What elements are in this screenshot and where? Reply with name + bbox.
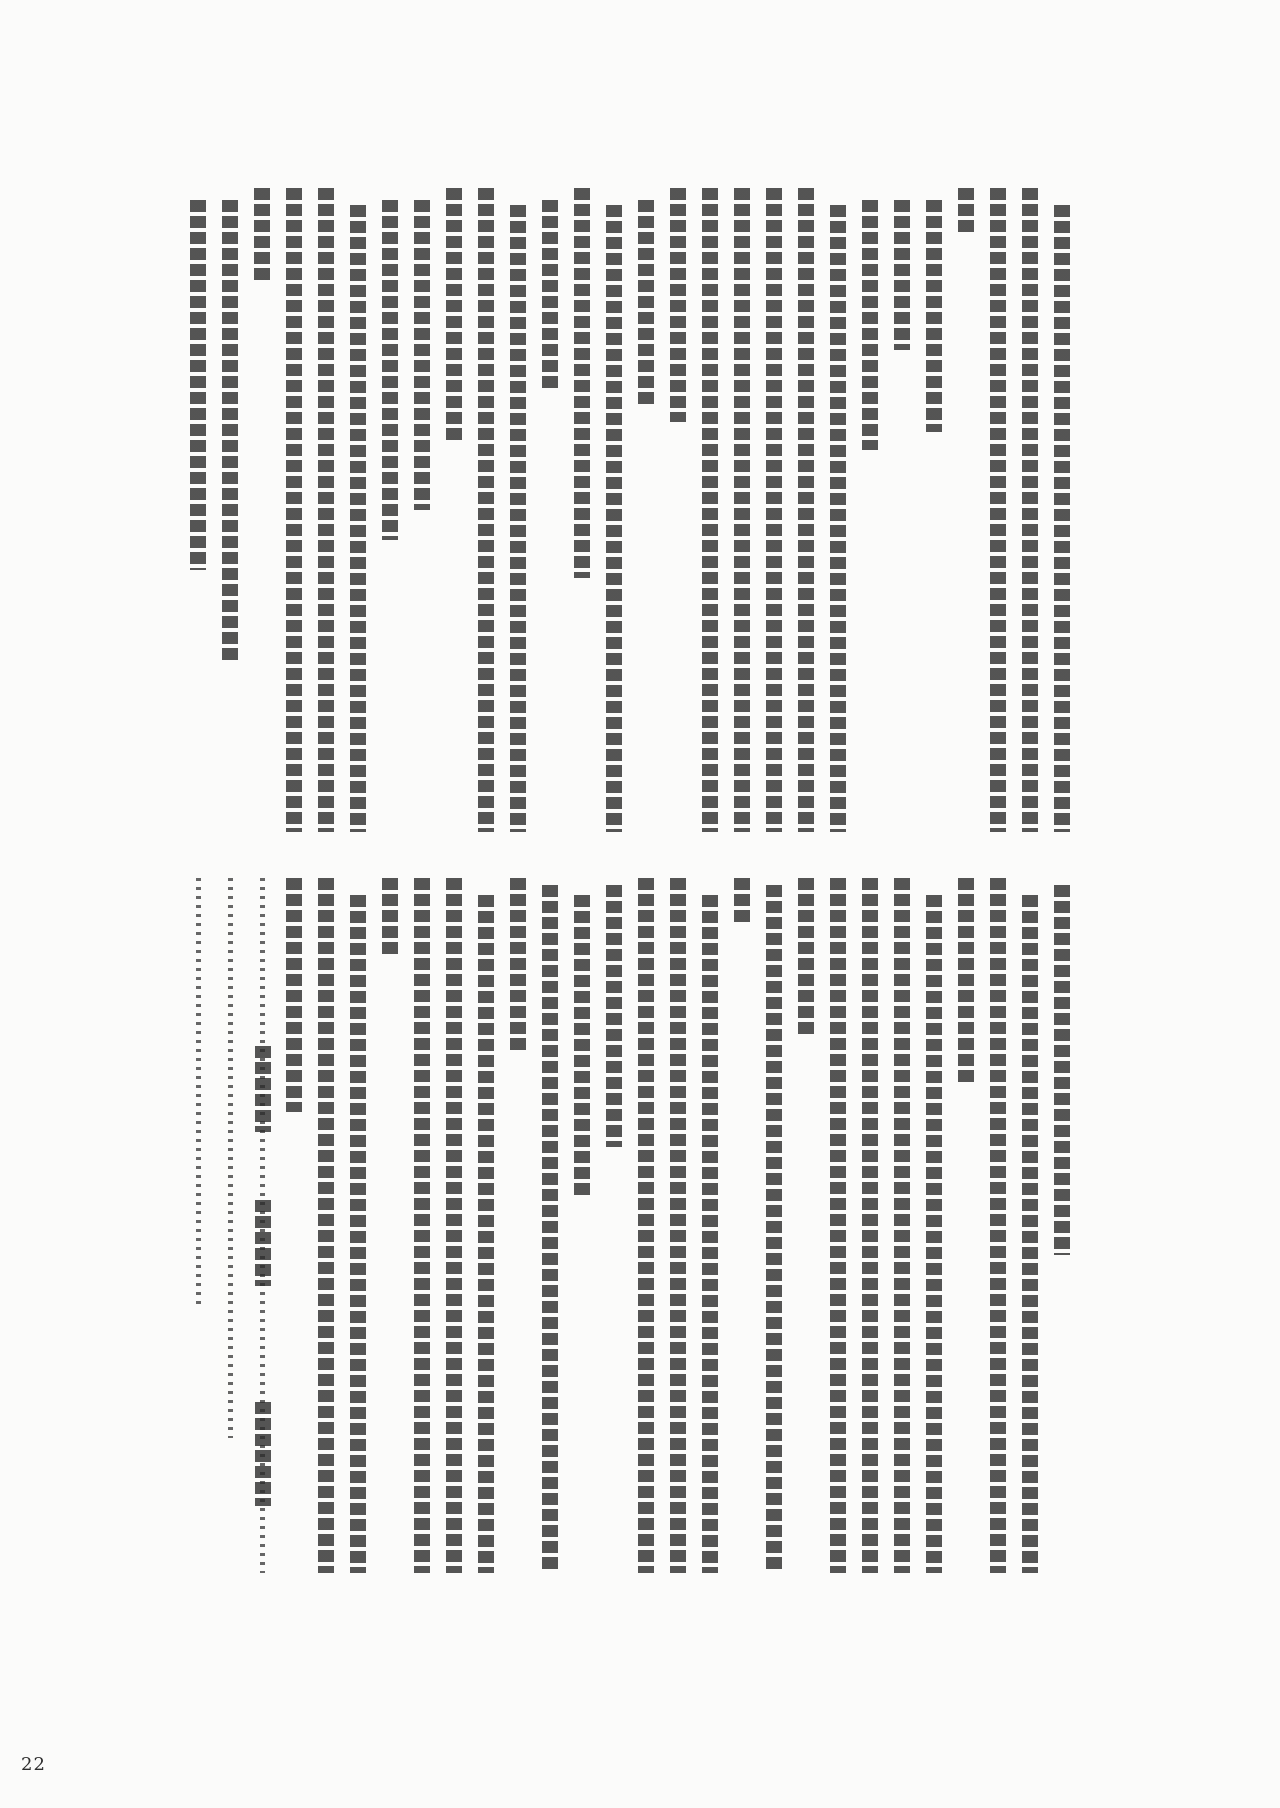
text-column — [606, 885, 622, 1147]
text-column — [990, 878, 1006, 1573]
text-column — [926, 200, 942, 432]
text-column — [382, 200, 398, 540]
text-column — [446, 878, 462, 1573]
text-column — [894, 200, 910, 350]
text-column — [414, 878, 430, 1573]
text-column — [798, 188, 814, 832]
text-column — [510, 205, 526, 832]
text-column — [1022, 188, 1038, 832]
redacted-name-segment — [255, 1046, 271, 1132]
text-column — [286, 878, 302, 1112]
text-column — [830, 878, 846, 1573]
text-column — [734, 878, 750, 924]
text-column — [1054, 205, 1070, 832]
redacted-name-segment — [255, 1200, 271, 1286]
text-column — [574, 895, 590, 1195]
text-column — [318, 878, 334, 1573]
text-column — [894, 878, 910, 1573]
ellipsis-column — [260, 878, 265, 1573]
text-column — [926, 895, 942, 1573]
upper-text-block — [0, 188, 1280, 832]
text-column — [830, 205, 846, 832]
text-column — [414, 200, 430, 510]
text-column — [382, 878, 398, 958]
page-number: 22 — [21, 1754, 46, 1775]
text-column — [286, 188, 302, 832]
text-column — [766, 885, 782, 1573]
lower-text-block — [0, 878, 1280, 1573]
ellipsis-column — [228, 878, 233, 1438]
text-column — [222, 200, 238, 660]
text-column — [958, 878, 974, 1083]
text-column — [606, 205, 622, 832]
text-column — [1022, 895, 1038, 1573]
text-column — [734, 188, 750, 832]
text-column — [702, 895, 718, 1573]
text-column — [1054, 885, 1070, 1255]
text-column — [478, 188, 494, 832]
text-column — [350, 895, 366, 1573]
redacted-name-segment — [255, 1402, 271, 1506]
text-column — [574, 188, 590, 578]
text-column — [670, 878, 686, 1573]
text-column — [318, 188, 334, 832]
text-column — [766, 188, 782, 832]
text-column — [638, 200, 654, 405]
text-column — [350, 205, 366, 832]
text-column — [670, 188, 686, 422]
text-column — [478, 895, 494, 1573]
text-column — [542, 885, 558, 1573]
text-column — [798, 878, 814, 1036]
document-page: 22 — [0, 0, 1280, 1808]
text-column — [990, 188, 1006, 832]
text-column — [542, 200, 558, 390]
ellipsis-column — [196, 878, 201, 1308]
text-column — [446, 188, 462, 443]
text-column — [638, 878, 654, 1573]
text-column — [862, 200, 878, 450]
text-column — [254, 188, 270, 284]
text-column — [958, 188, 974, 234]
text-column — [510, 878, 526, 1050]
text-column — [862, 878, 878, 1573]
text-column — [190, 200, 206, 570]
text-column — [702, 188, 718, 832]
